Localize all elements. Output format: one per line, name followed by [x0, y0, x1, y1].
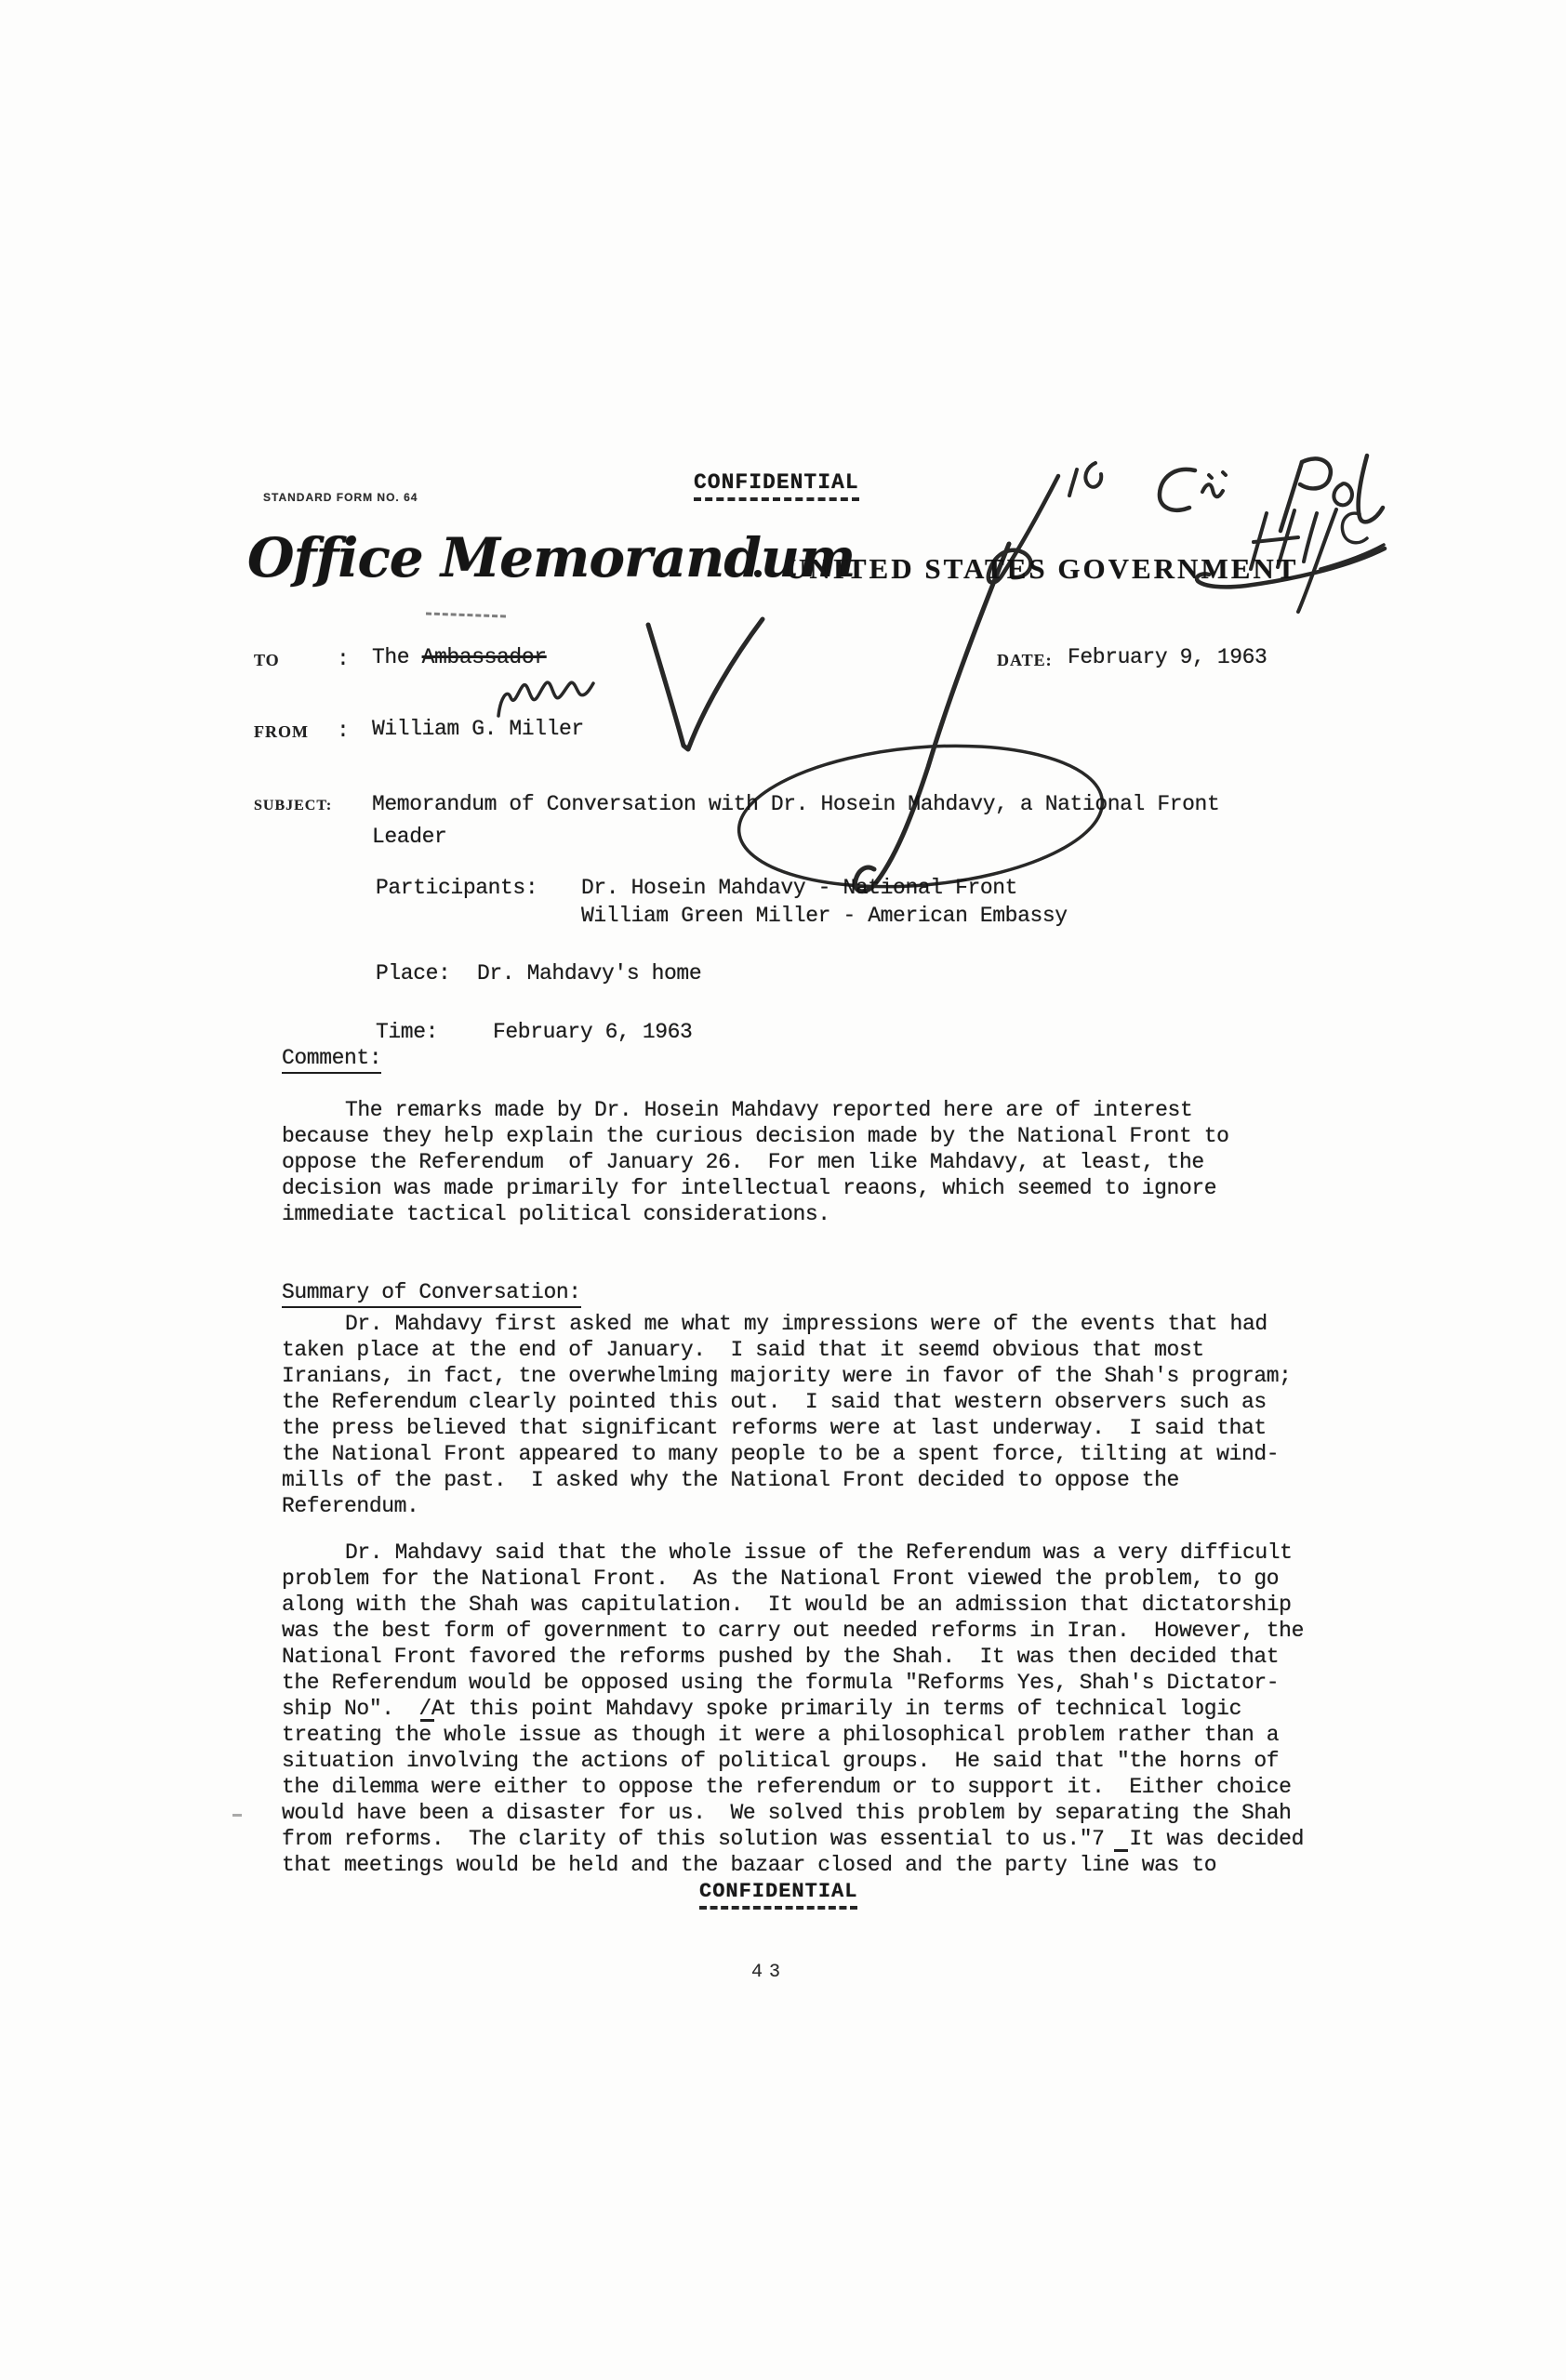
memo-page: CONFIDENTIAL STANDARD FORM NO. 64 Office…	[0, 0, 1566, 2380]
to-value-struck-word: Ambassador	[422, 645, 547, 669]
summary-line: National Front favored the reforms pushe…	[282, 1644, 1304, 1670]
summary-line: the press believed that significant refo…	[282, 1415, 1292, 1441]
summary-line: Referendum.	[282, 1493, 1292, 1519]
participants-label: Participants:	[376, 875, 537, 901]
summary-line: Iranians, in fact, tne overwhelming majo…	[282, 1363, 1292, 1389]
summary-line: from reforms. The clarity of this soluti…	[282, 1826, 1304, 1852]
to-colon: :	[337, 646, 349, 672]
bracket-underline-tick	[420, 1719, 434, 1722]
summary-line: that meetings would be held and the baza…	[282, 1852, 1304, 1878]
from-scribble	[498, 682, 593, 716]
summary-line: mills of the past. I asked why the Natio…	[282, 1467, 1292, 1493]
summary-paragraph-1: Dr. Mahdavy first asked me what my impre…	[282, 1311, 1292, 1519]
place-value: Dr. Mahdavy's home	[477, 960, 701, 986]
place-label: Place:	[376, 960, 450, 986]
handwriting-top-right-cii-pol	[1160, 456, 1383, 531]
scan-smudge	[426, 613, 506, 618]
comment-paragraph: The remarks made by Dr. Hosein Mahdavy r…	[282, 1097, 1229, 1227]
subject-label: SUBJECT:	[254, 798, 332, 814]
participants-line1: Dr. Hosein Mahdavy - National Front	[581, 875, 1017, 901]
from-label: FROM	[254, 722, 309, 742]
time-value: February 6, 1963	[493, 1019, 692, 1045]
summary-line: treating the whole issue as though it we…	[282, 1722, 1304, 1748]
subject-line2: Leader	[372, 824, 446, 850]
summary-heading: Summary of Conversation:	[282, 1279, 581, 1308]
summary-paragraph-2: Dr. Mahdavy said that the whole issue of…	[282, 1540, 1304, 1878]
summary-line: taken place at the end of January. I sai…	[282, 1337, 1292, 1363]
to-label: TO	[254, 651, 280, 670]
stray-mark	[232, 1814, 242, 1817]
participants-line2: William Green Miller - American Embassy	[581, 903, 1068, 929]
summary-line: was the best form of government to carry…	[282, 1618, 1304, 1644]
summary-line: problem for the National Front. As the N…	[282, 1566, 1304, 1592]
summary-line: ship No". /At this point Mahdavy spoke p…	[282, 1696, 1304, 1722]
time-label: Time:	[376, 1019, 438, 1045]
summary-line: Dr. Mahdavy first asked me what my impre…	[282, 1311, 1292, 1337]
comment-line: decision was made primarily for intellec…	[282, 1175, 1229, 1201]
subject-line1: Memorandum of Conversation with Dr. Hose…	[372, 791, 1219, 817]
summary-line: the Referendum would be opposed using th…	[282, 1670, 1304, 1696]
comment-heading: Comment:	[282, 1045, 381, 1074]
date-check-stroke	[856, 544, 1009, 892]
summary-line: the dilemma were either to oppose the re…	[282, 1774, 1304, 1800]
summary-line: the National Front appeared to many peop…	[282, 1441, 1292, 1467]
comment-line: immediate tactical political considerati…	[282, 1201, 1229, 1227]
summary-line: Dr. Mahdavy said that the whole issue of…	[282, 1540, 1304, 1566]
comment-line: because they help explain the curious de…	[282, 1123, 1229, 1149]
from-colon: :	[337, 718, 349, 744]
to-value-prefix: The	[372, 645, 422, 669]
classification-top: CONFIDENTIAL	[694, 470, 859, 501]
bracket-underline-tick	[1114, 1849, 1128, 1852]
summary-line: the Referendum clearly pointed this out.…	[282, 1389, 1292, 1415]
date-value: February 9, 1963	[1068, 644, 1267, 670]
classification-bottom: CONFIDENTIAL	[699, 1880, 857, 1910]
masthead-bullet: •	[750, 561, 766, 592]
to-check-mark	[648, 619, 763, 749]
comment-line: oppose the Referendum of January 26. For…	[282, 1149, 1229, 1175]
page-number: 43	[751, 1962, 787, 1983]
summary-line: along with the Shah was capitulation. It…	[282, 1592, 1304, 1618]
date-label: DATE:	[997, 651, 1053, 670]
form-number: STANDARD FORM NO. 64	[263, 491, 418, 504]
to-value: The Ambassador	[372, 644, 547, 670]
comment-line: The remarks made by Dr. Hosein Mahdavy r…	[282, 1097, 1229, 1123]
masthead-org: UNITED STATES GOVERNMENT	[786, 552, 1298, 586]
summary-line: situation involving the actions of polit…	[282, 1748, 1304, 1774]
summary-line: would have been a disaster for us. We so…	[282, 1800, 1304, 1826]
from-value: William G. Miller	[372, 716, 584, 742]
